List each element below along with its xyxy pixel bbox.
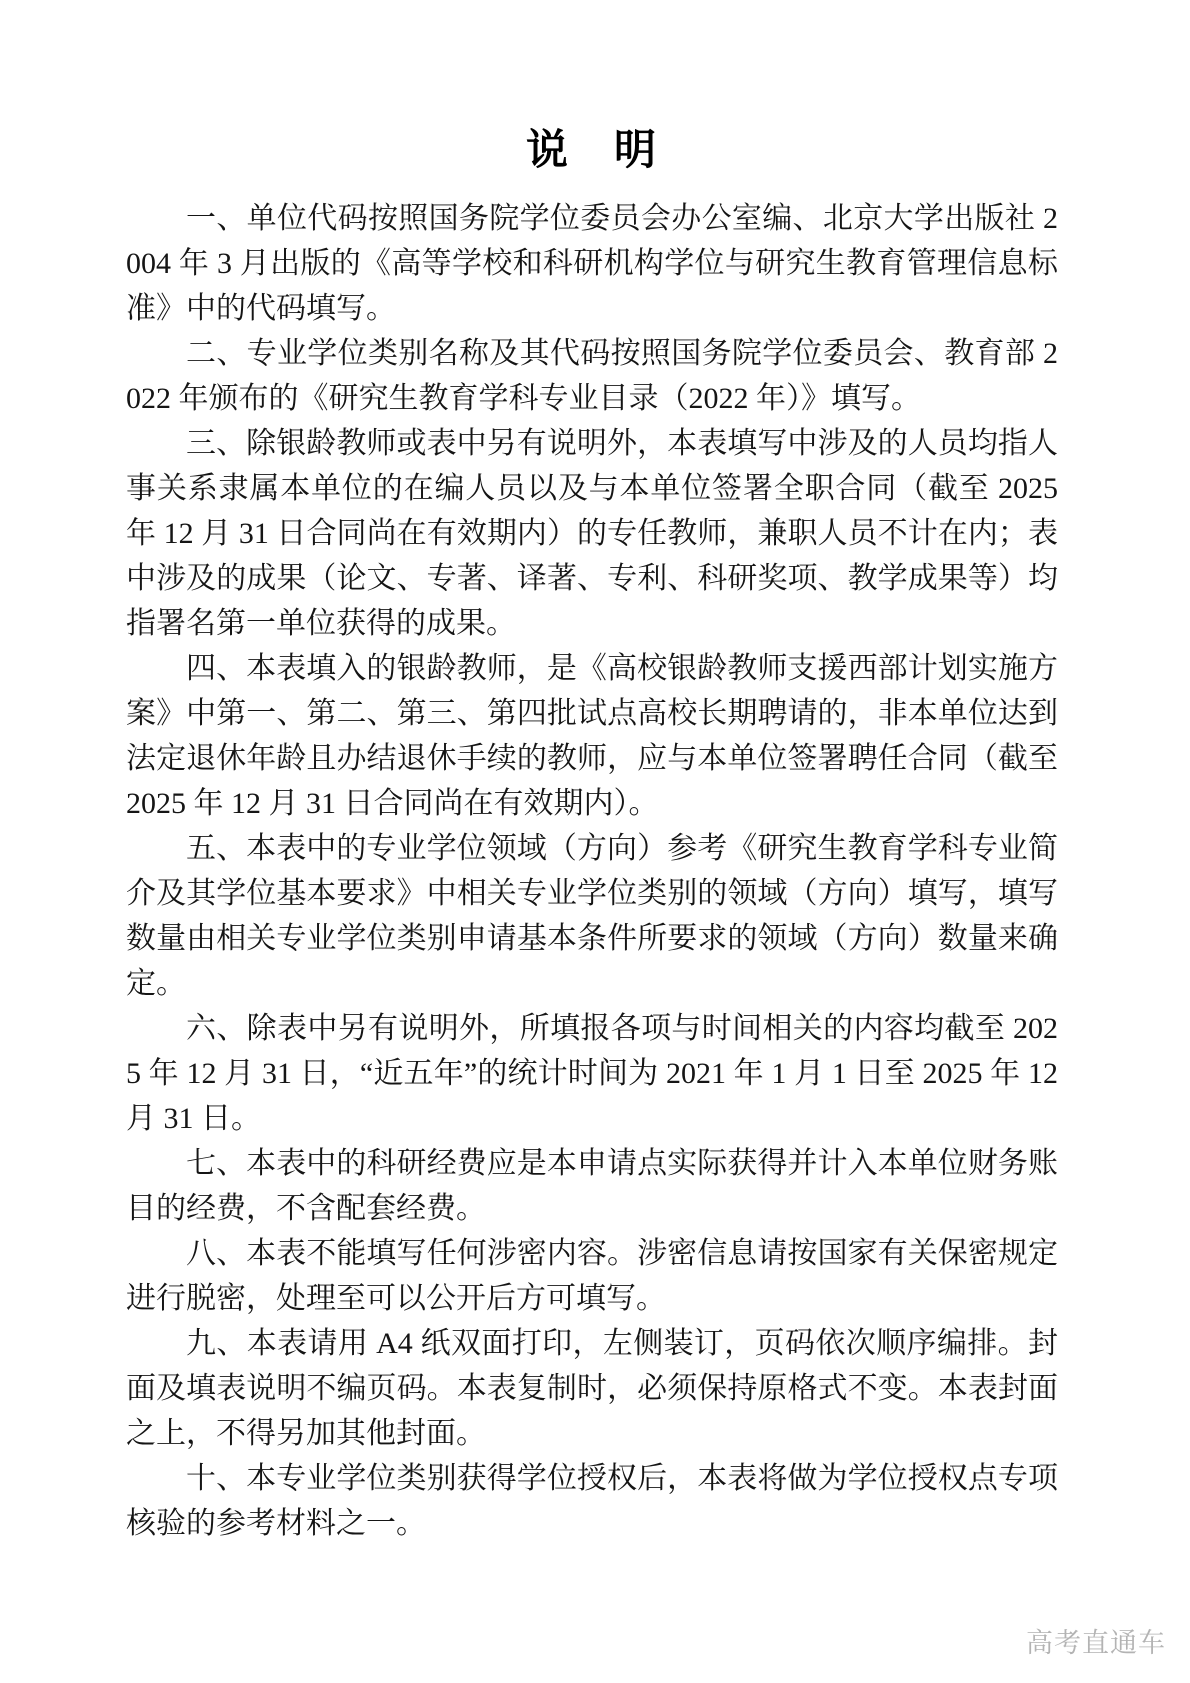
watermark: 高考直通车: [1026, 1627, 1166, 1659]
instruction-paragraph-2: 二、专业学位类别名称及其代码按照国务院学位委员会、教育部 2022 年颁布的《研…: [126, 331, 1058, 421]
instruction-paragraph-5: 五、本表中的专业学位领域（方向）参考《研究生教育学科专业简介及其学位基本要求》中…: [126, 826, 1058, 1006]
instruction-paragraph-4: 四、本表填入的银龄教师，是《高校银龄教师支援西部计划实施方案》中第一、第二、第三…: [126, 646, 1058, 826]
instruction-paragraph-3: 三、除银龄教师或表中另有说明外，本表填写中涉及的人员均指人事关系隶属本单位的在编…: [126, 421, 1058, 646]
document-page: 说 明 一、单位代码按照国务院学位委员会办公室编、北京大学出版社 2004 年 …: [0, 0, 1190, 1683]
page-title: 说 明: [126, 122, 1058, 180]
instruction-paragraph-7: 七、本表中的科研经费应是本申请点实际获得并计入本单位财务账目的经费，不含配套经费…: [126, 1141, 1058, 1231]
instruction-paragraph-6: 六、除表中另有说明外，所填报各项与时间相关的内容均截至 2025 年 12 月 …: [126, 1006, 1058, 1141]
instruction-paragraph-9: 九、本表请用 A4 纸双面打印，左侧装订，页码依次顺序编排。封面及填表说明不编页…: [126, 1321, 1058, 1456]
instruction-paragraph-1: 一、单位代码按照国务院学位委员会办公室编、北京大学出版社 2004 年 3 月出…: [126, 196, 1058, 331]
document-body: 说 明 一、单位代码按照国务院学位委员会办公室编、北京大学出版社 2004 年 …: [126, 122, 1058, 1546]
instruction-paragraph-10: 十、本专业学位类别获得学位授权后，本表将做为学位授权点专项核验的参考材料之一。: [126, 1456, 1058, 1546]
instruction-paragraph-8: 八、本表不能填写任何涉密内容。涉密信息请按国家有关保密规定进行脱密，处理至可以公…: [126, 1231, 1058, 1321]
